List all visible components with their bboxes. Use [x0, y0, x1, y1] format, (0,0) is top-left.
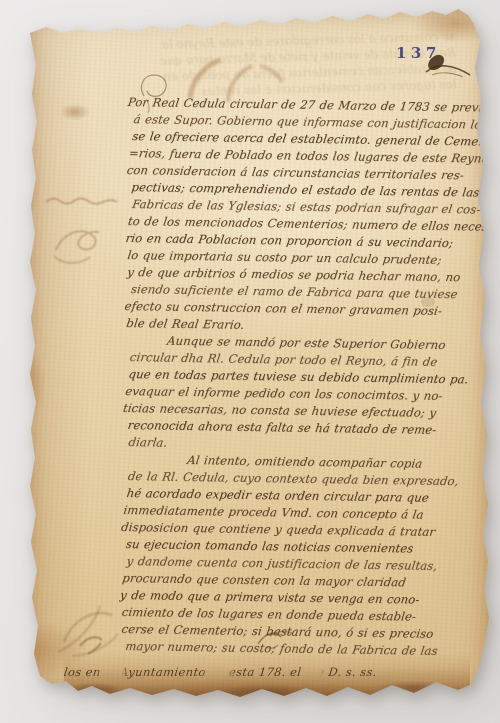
paragraph: Por Real Cedula circular de 27 de Marzo … — [126, 94, 482, 337]
photo-background: se comunico a los corregidores de este R… — [0, 0, 500, 723]
margin-squiggle-bleed — [46, 199, 117, 204]
manuscript-page: se comunico a los corregidores de este R… — [22, 6, 490, 702]
bleedthrough-text: se comunico a los corregidores de este R… — [51, 28, 457, 103]
paragraph: Aunque se mandó por este Superior Gobier… — [124, 332, 478, 457]
manuscript-text: Por Real Cedula circular de 27 de Marzo … — [121, 94, 482, 660]
page-number-stamp: 137 — [396, 44, 441, 62]
torn-bottom-strip: los en el Ayuntamiento de esta 178. el q… — [64, 652, 470, 702]
torn-line-clip: los en el Ayuntamiento de esta 178. el q… — [64, 665, 470, 679]
torn-line-fragment: los en el Ayuntamiento de esta 178. el q… — [64, 665, 470, 679]
bottom-margin-paraph — [58, 606, 118, 656]
margin-paraph — [54, 231, 99, 263]
paper-shadow-wrap: se comunico a los corregidores de este R… — [0, 0, 500, 723]
paragraph: Al intento, omitiendo acompañar copia de… — [121, 451, 476, 661]
